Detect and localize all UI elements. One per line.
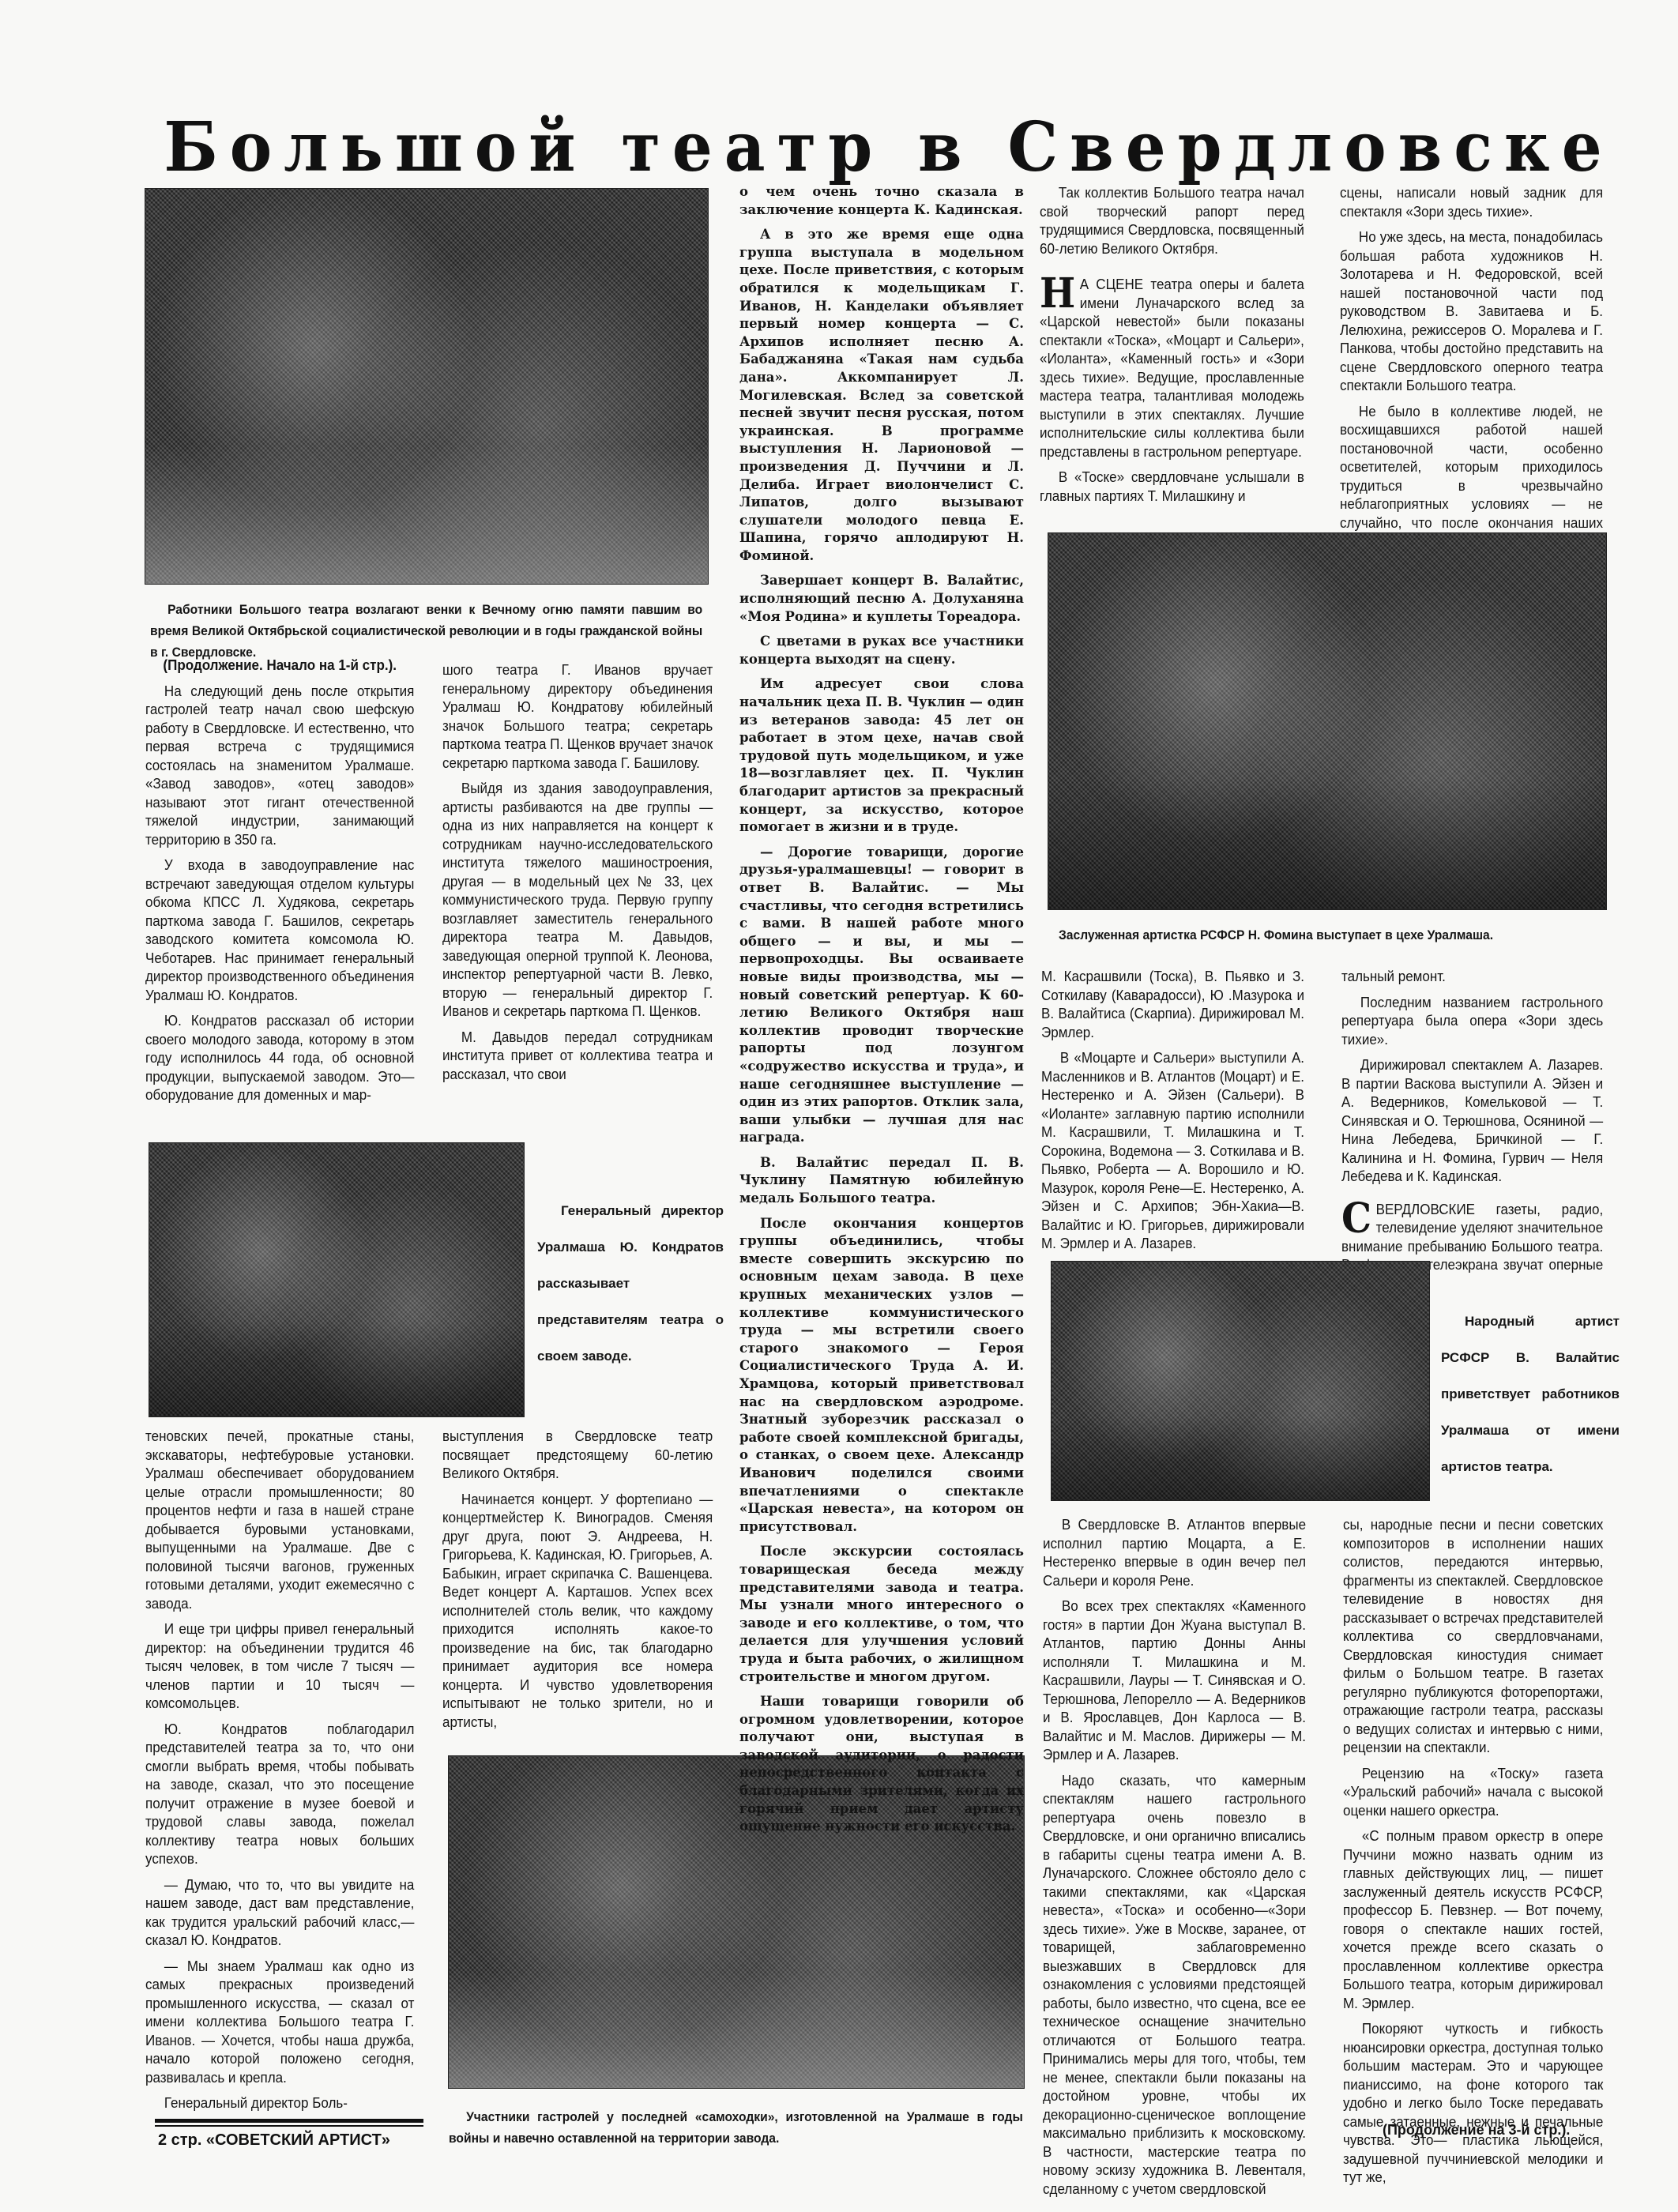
paragraph: сы, народные песни и песни советских ком… [1343,1515,1603,1757]
photo-caption-fomina-workshop: Заслуженная артистка РСФСР Н. Фомина выс… [1059,924,1626,946]
article-column-5b: тальный ремонт. Последним названием гаст… [1341,967,1603,1300]
paragraph: Покоряют чуткость и гибкость нюансировки… [1343,2019,1603,2187]
paragraph: Ю. Кондратов поблагодарил представителей… [145,1720,414,1868]
paragraph: Надо сказать, что камерным спектаклям на… [1043,1771,1306,2199]
paragraph: теновских печей, прокатные станы, экскав… [145,1427,414,1612]
paragraph: И еще три цифры привел генеральный дирек… [145,1619,414,1713]
paragraph: о чем очень точно сказала в заключение к… [739,183,1024,219]
article-column-1b: теновских печей, прокатные станы, экскав… [145,1427,414,2120]
paragraph: В. Валайтис передал П. В. Чуклину Памятн… [739,1154,1024,1208]
paragraph: выступления в Свердловске театр посвящае… [442,1427,713,1483]
paragraph: Последним названием гастрольного реперту… [1341,993,1603,1049]
page-footer-label: 2 стр. «СОВЕТСКИЙ АРТИСТ» [158,2131,390,2150]
paragraph: После экскурсии состоялась товарищеская … [739,1543,1024,1686]
paragraph: Выйдя из здания заводоуправления, артист… [442,779,713,1021]
paragraph: М. Давыдов передал сотрудникам института… [442,1028,713,1084]
article-column-1a: (Продолжение. Начало на 1-й стр.). На сл… [145,656,414,1112]
paragraph: После окончания концертов группы объедин… [739,1215,1024,1537]
article-column-2a: шого театра Г. Иванов вручает генерально… [442,660,713,1090]
paragraph: Генеральный директор Боль- [145,2093,414,2112]
article-column-5c: сы, народные песни и песни советских ком… [1343,1515,1603,2194]
continued-on-note: (Продолжение на 3-й стр.). [1383,2122,1570,2139]
paragraph: — Думаю, что то, что вы увидите на нашем… [145,1875,414,1950]
article-column-2b: выступления в Свердловске театр посвящае… [442,1427,713,1738]
continued-from-note: (Продолжение. Начало на 1-й стр.). [145,656,414,675]
paragraph: Во всех трех спектаклях «Каменного гостя… [1043,1597,1306,1764]
dropcap-letter: Н [1040,276,1075,311]
article-column-3: о чем очень точно сказала в заключение к… [739,183,1024,1843]
paragraph: Им адресует свои слова начальник цеха П.… [739,675,1024,836]
paragraph: Дирижировал спектаклем А. Лазарев. В пар… [1341,1055,1603,1186]
paragraph: тальный ремонт. [1341,967,1603,986]
photo-fomina-workshop [1048,532,1607,910]
paragraph: М. Касрашвили (Тоска), В. Пьявко и З. Со… [1041,967,1304,1041]
paragraph: В «Тоске» свердловчане услышали в главны… [1040,468,1304,505]
article-column-4a: Так коллектив Большого театра начал свой… [1040,183,1304,512]
paragraph: В Свердловске В. Атлантов впервые исполн… [1043,1515,1306,1589]
dropcap-paragraph: НА СЦЕНЕ театра оперы и балета имени Лун… [1040,275,1304,461]
photo-kondratov-meeting [149,1142,525,1417]
photo-caption-kondratov-meeting: Генеральный директор Уралмаша Ю. Кондрат… [537,1193,724,1375]
paragraph: — Мы знаем Уралмаш как одно из самых пре… [145,1957,414,2087]
paragraph: шого театра Г. Иванов вручает генерально… [442,660,713,772]
photo-caption-eternal-flame: Работники Большого театра возлагают венк… [150,599,702,663]
paragraph: — Дорогие товарищи, дорогие друзья-уралм… [739,844,1024,1147]
paragraph: Рецензию на «Тоску» газета «Уральский ра… [1343,1764,1603,1820]
paragraph: Наши товарищи говорили об огромном удовл… [739,1693,1024,1836]
paragraph: С цветами в руках все участники концерта… [739,633,1024,668]
paragraph: В «Моцарте и Сальери» выступили А. Масле… [1041,1048,1304,1253]
article-column-4c: В Свердловске В. Атлантов впервые исполн… [1043,1515,1306,2205]
paragraph: Ю. Кондратов рассказал об истории своего… [145,1011,414,1104]
paragraph: Начинается концерт. У фортепиано — конце… [442,1490,713,1732]
newspaper-page: Большой театр в Свердловске Работники Бо… [0,0,1678,2212]
paragraph: А в это же время еще одна группа выступа… [739,226,1024,565]
paragraph: «С полным правом оркестр в опере Пуччини… [1343,1826,1603,2012]
article-column-5a: сцены, написали новый задник для спектак… [1340,183,1603,576]
paragraph: На следующий день после открытия гастрол… [145,682,414,849]
dropcap-text: А СЦЕНЕ театра оперы и балета имени Луна… [1040,276,1304,460]
paragraph: сцены, написали новый задник для спектак… [1340,183,1603,220]
photo-caption-valaitis-greeting: Народный артист РСФСР В. Валайтис привет… [1441,1303,1620,1485]
photo-valaitis-greeting [1051,1261,1430,1501]
paragraph: Но уже здесь, на места, понадобилась бол… [1340,228,1603,395]
paragraph: У входа в заводоуправление нас встречают… [145,856,414,1004]
page-headline: Большой театр в Свердловске [154,106,1623,188]
photo-eternal-flame [145,188,709,585]
photo-caption-samokhodka-group: Участники гастролей у последней «самоход… [449,2106,1023,2149]
dropcap-letter: С [1341,1202,1371,1236]
footer-rule [155,2119,423,2123]
article-column-4b: М. Касрашвили (Тоска), В. Пьявко и З. Со… [1041,967,1304,1260]
paragraph: Так коллектив Большого театра начал свой… [1040,183,1304,258]
paragraph: Завершает концерт В. Валайтис, исполняющ… [739,572,1024,626]
footer-rule-thin [155,2125,423,2127]
